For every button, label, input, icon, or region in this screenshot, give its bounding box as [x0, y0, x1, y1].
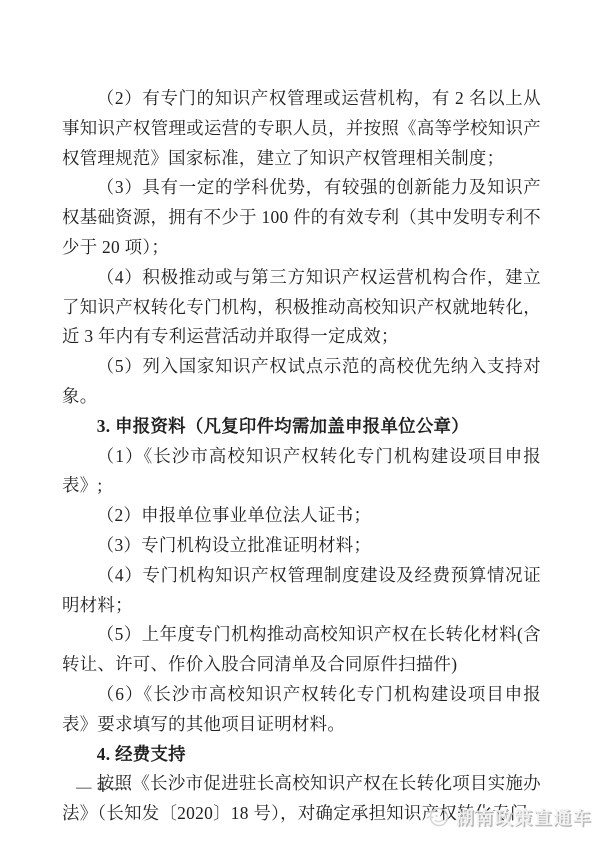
page-number: — 4 —	[76, 779, 128, 797]
paragraph-item-4: （4）积极推动或与第三方知识产权运营机构合作，建立了知识产权转化专门机构，积极推…	[62, 263, 541, 352]
material-item-2: （2）申报单位事业单位法人证书；	[62, 501, 541, 531]
material-item-5: （5）上年度专门机构推动高校知识产权在长转化材料(含转让、许可、作价入股合同清单…	[62, 620, 541, 680]
document-body: （2）有专门的知识产权管理或运营机构，有 2 名以上从事知识产权管理或运营的专职…	[62, 84, 541, 829]
paragraph-item-2: （2）有专门的知识产权管理或运营机构，有 2 名以上从事知识产权管理或运营的专职…	[62, 84, 541, 173]
watermark-label: 湖南政策直通车	[456, 804, 593, 830]
material-item-4: （4）专门机构知识产权管理制度建设及经费预算情况证明材料；	[62, 561, 541, 621]
brand-badge-icon	[425, 804, 451, 830]
document-page: （2）有专门的知识产权管理或运营机构，有 2 名以上从事知识产权管理或运营的专职…	[0, 0, 600, 849]
watermark: 湖南政策直通车	[425, 804, 593, 830]
paragraph-item-5: （5）列入国家知识产权试点示范的高校优先纳入支持对象。	[62, 352, 541, 412]
material-item-6: （6）《长沙市高校知识产权转化专门机构建设项目申报表》要求填写的其他项目证明材料…	[62, 680, 541, 740]
section-heading-3: 3. 申报资料（凡复印件均需加盖申报单位公章）	[62, 412, 541, 442]
paragraph-item-3: （3）具有一定的学科优势，有较强的创新能力及知识产权基础资源，拥有不少于 100…	[62, 173, 541, 262]
material-item-1: （1）《长沙市高校知识产权转化专门机构建设项目申报表》;	[62, 442, 541, 502]
material-item-3: （3）专门机构设立批准证明材料；	[62, 531, 541, 561]
section-heading-4: 4. 经费支持	[62, 740, 541, 770]
